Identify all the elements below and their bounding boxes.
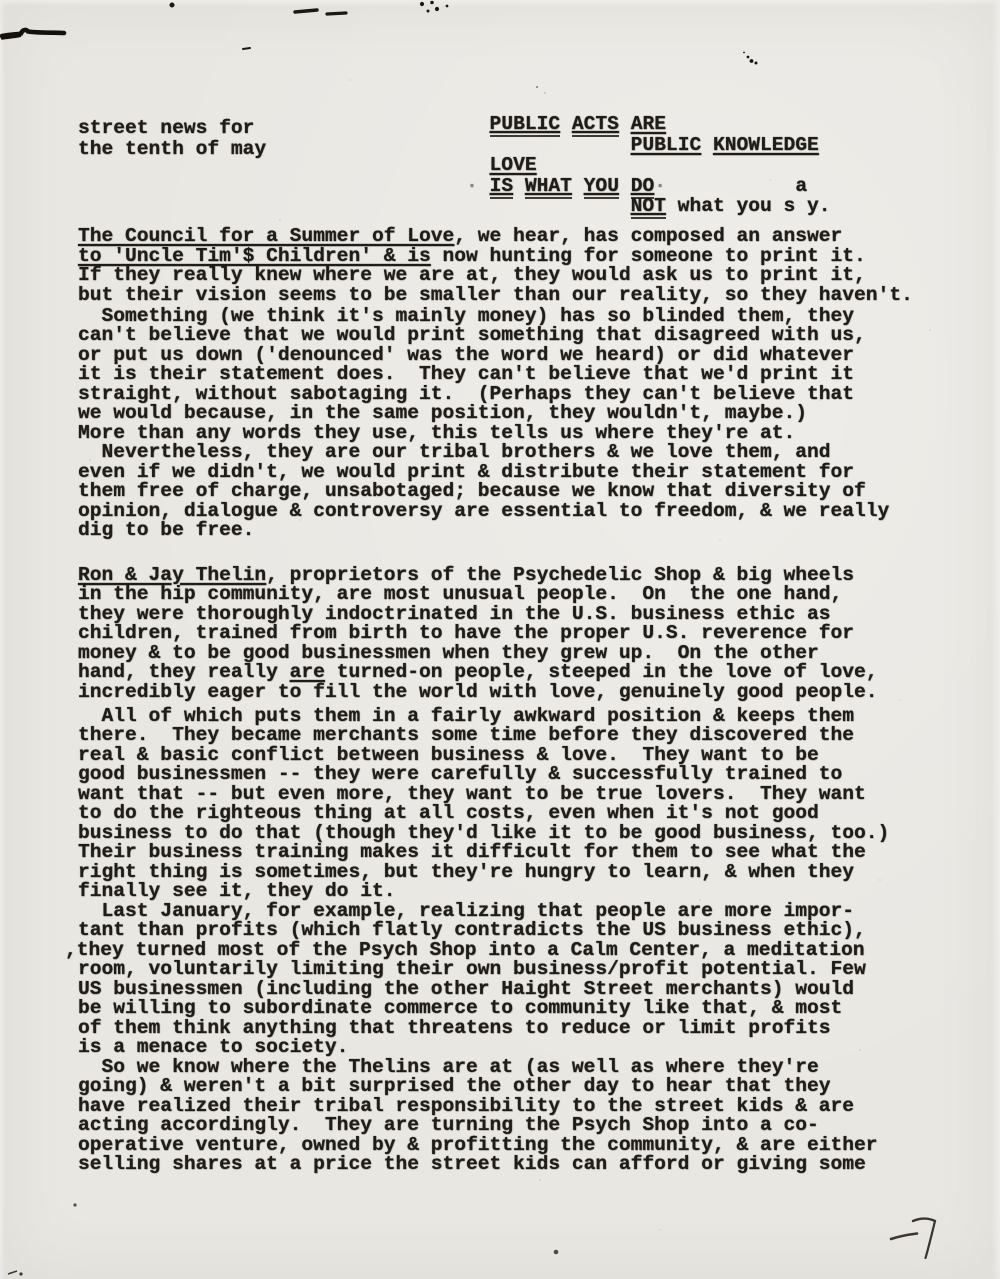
text-line: · IS WHAT YOU DO· a <box>78 176 831 197</box>
corner-marks <box>8 1271 22 1275</box>
handwritten-seven <box>891 1219 935 1258</box>
page-header: street news for PUBLIC ACTS AREthe tenth… <box>78 114 831 217</box>
text-line: incredibly eager to fill the world with … <box>78 683 913 703</box>
text-line: the tenth of may PUBLIC KNOWLEDGE <box>78 135 831 156</box>
paragraph-nevertheless: Nevertheless, they are our tribal brothe… <box>78 443 913 541</box>
body-text: The Council for a Summer of Love, we hea… <box>78 227 913 1175</box>
paragraph-thelin: Ron & Jay Thelin, proprietors of the Psy… <box>78 566 913 703</box>
paragraph-awkward-position: All of which puts them in a fairly awkwa… <box>78 707 913 902</box>
text-line: dig to be free. <box>78 521 913 541</box>
text-line: selling shares at a price the street kid… <box>78 1155 913 1175</box>
text-line: street news for PUBLIC ACTS ARE <box>78 114 831 135</box>
pen-stroke <box>2 30 64 39</box>
ink-squiggle <box>743 52 757 65</box>
paragraph-last-january: Last January, for example, realizing tha… <box>78 902 913 1058</box>
text-line: NOT what you s y. <box>78 196 831 217</box>
text-line: but their vision seems to be smaller tha… <box>78 286 913 306</box>
top-edge-dashes <box>170 1 448 49</box>
document-page: street news for PUBLIC ACTS AREthe tenth… <box>0 0 1000 1279</box>
paragraph-so-we-know: So we know where the Thelins are at (as … <box>78 1058 913 1175</box>
paragraph-council: The Council for a Summer of Love, we hea… <box>78 227 913 305</box>
paragraph-something: Something (we think it's mainly money) h… <box>78 307 913 444</box>
